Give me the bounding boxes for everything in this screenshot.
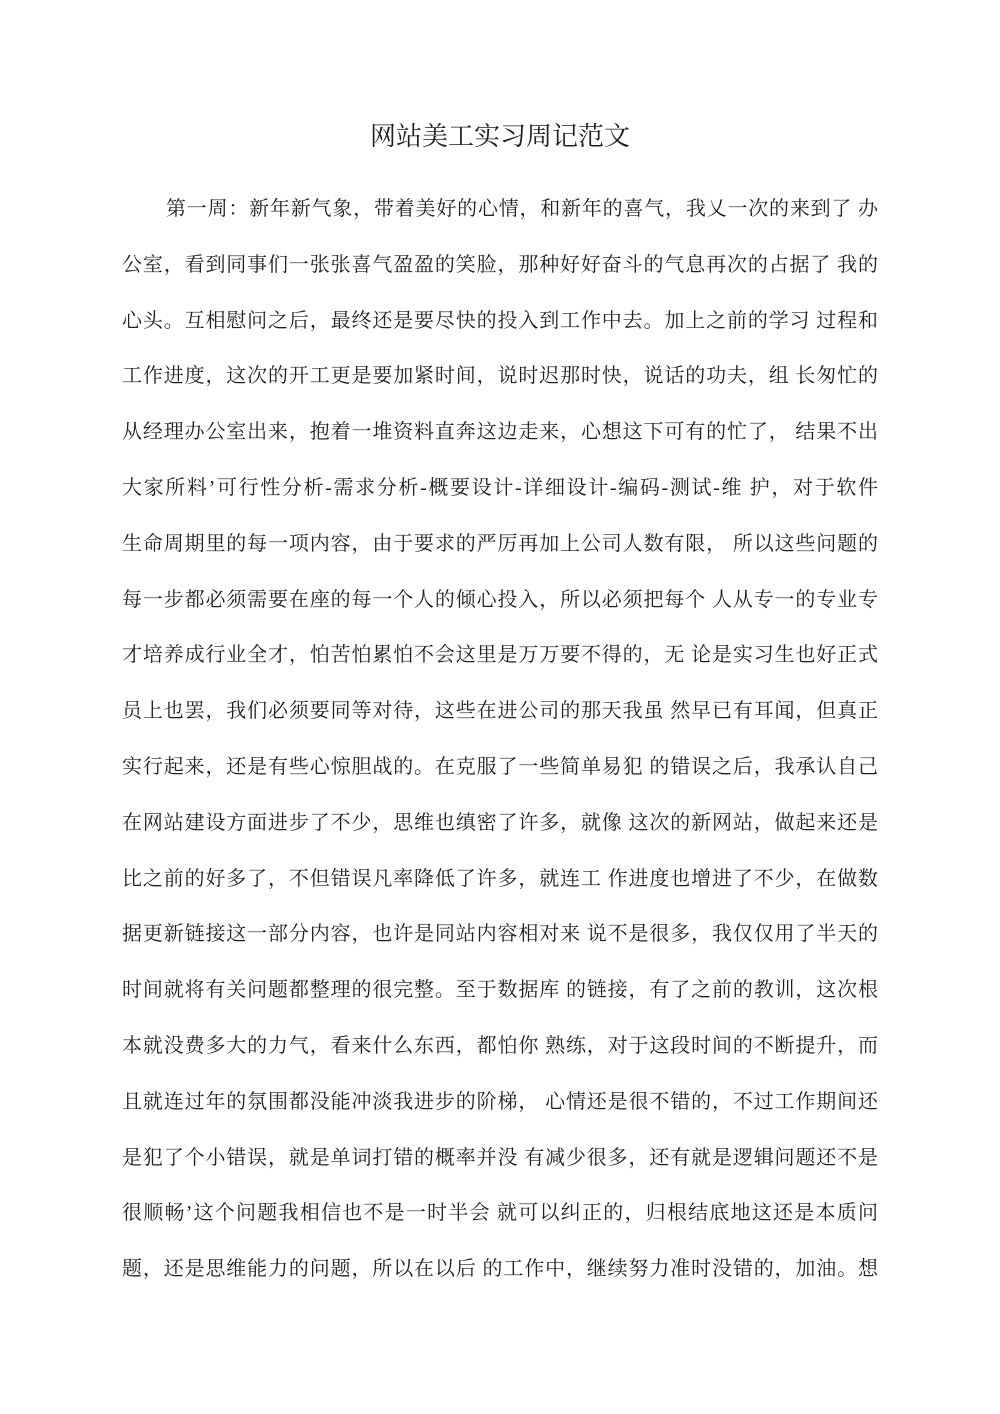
- text-line: 是犯了个小错误，就是单词打错的概率并没 有减少很多，还有就是逻辑问题还不是: [122, 1131, 878, 1187]
- text-line: 心头。互相慰问之后，最终还是要尽快的投入到工作中去。加上之前的学习 过程和: [122, 294, 878, 350]
- text-line: 据更新链接这一部分内容，也许是同站内容相对来 说不是很多，我仅仅用了半天的: [122, 907, 878, 963]
- text-line: 在网站建设方面进步了不少，思维也缜密了许多，就像 这次的新网站，做起来还是: [122, 796, 878, 852]
- document-page: 网站美工实习周记范文 第一周：新年新气象，带着美好的心情，和新年的喜气，我乂一次…: [0, 0, 1000, 1414]
- text-line: 工作进度，这次的开工更是要加紧时间，说时迟那时快，说话的功夫，组 长匆忙的: [122, 349, 878, 405]
- text-line: 员上也罢，我们必须要同等对待，这些在进公司的那天我虽 然早已有耳闻，但真正: [122, 684, 878, 740]
- text-line: 公室，看到同事们一张张喜气盈盈的笑脸，那种好好奋斗的气息再次的占据了 我的: [122, 238, 878, 294]
- text-line: 比之前的好多了，不但错误凡率降低了许多，就连工 作进度也增进了不少，在做数: [122, 852, 878, 908]
- text-line: 从经理办公室出来，抱着一堆资料直奔这边走来，心想这下可有的忙了， 结果不出: [122, 405, 878, 461]
- text-line: 生命周期里的每一项内容，由于要求的严厉再加上公司人数有限， 所以这些问题的: [122, 517, 878, 573]
- text-line: 很顺畅’这个问题我相信也不是一时半会 就可以纠正的，归根结底地这还是本质问: [122, 1186, 878, 1242]
- text-line: 实行起来，还是有些心惊胆战的。在克服了一些简单易犯 的错误之后，我承认自己: [122, 740, 878, 796]
- text-line: 大家所料’可行性分析-需求分析-概要设计-详细设计-编码-测试-维 护，对于软件: [122, 461, 878, 517]
- text-line: 本就没费多大的力气，看来什么东西，都怕你 熟练，对于这段时间的不断提升，而: [122, 1019, 878, 1075]
- text-line: 题，还是思维能力的问题，所以在以后 的工作中，继续努力准时没错的，加油。想: [122, 1242, 878, 1298]
- document-body: 第一周：新年新气象，带着美好的心情，和新年的喜气，我乂一次的来到了 办公室，看到…: [122, 182, 878, 1298]
- text-line: 时间就将有关问题都整理的很完整。至于数据库 的链接，有了之前的教训，这次根: [122, 963, 878, 1019]
- text-line: 且就连过年的氛围都没能冲淡我进步的阶梯， 心情还是很不错的，不过工作期间还: [122, 1075, 878, 1131]
- text-line: 第一周：新年新气象，带着美好的心情，和新年的喜气，我乂一次的来到了 办: [122, 182, 878, 238]
- text-line: 才培养成行业全才，怕苦怕累怕不会这里是万万要不得的，无 论是实习生也好正式: [122, 628, 878, 684]
- text-line: 每一步都必须需要在座的每一个人的倾心投入，所以必须把每个 人从专一的专业专: [122, 573, 878, 629]
- document-title: 网站美工实习周记范文: [0, 116, 1000, 158]
